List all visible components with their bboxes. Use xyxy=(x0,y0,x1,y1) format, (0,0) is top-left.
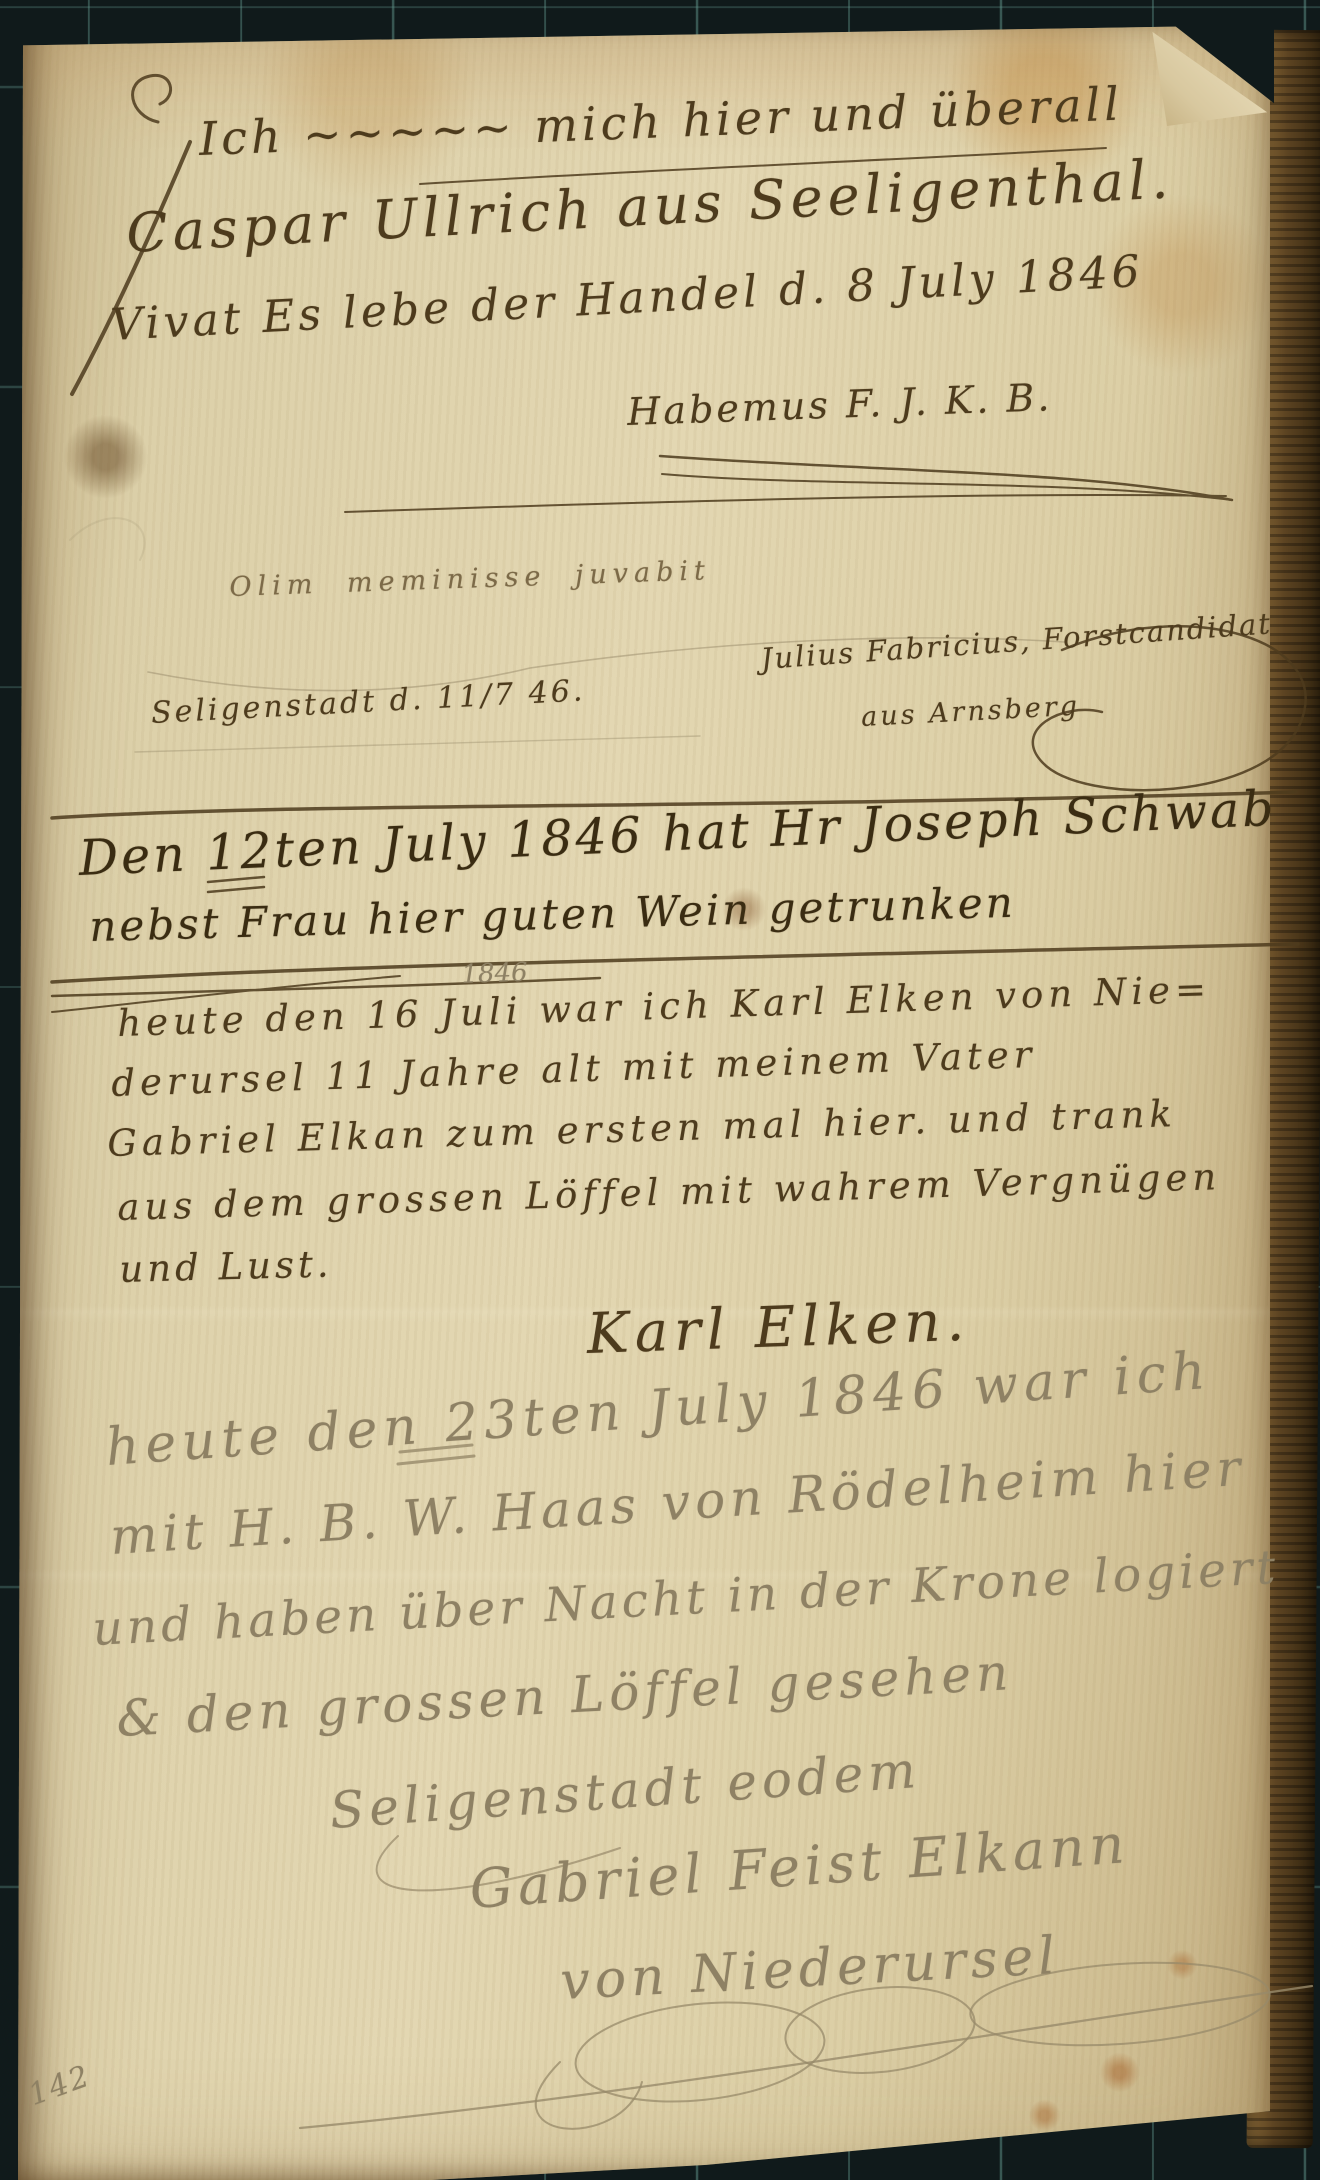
scanned-guestbook-photo: Ich ~~~~~ mich hier und überall Caspar U… xyxy=(0,0,1320,2180)
entry-elken-inserted-year: 1846 xyxy=(461,958,528,990)
entry-elken-signature: Karl Elken. xyxy=(586,1289,971,1367)
entry-elken-line5: und Lust. xyxy=(119,1242,333,1291)
